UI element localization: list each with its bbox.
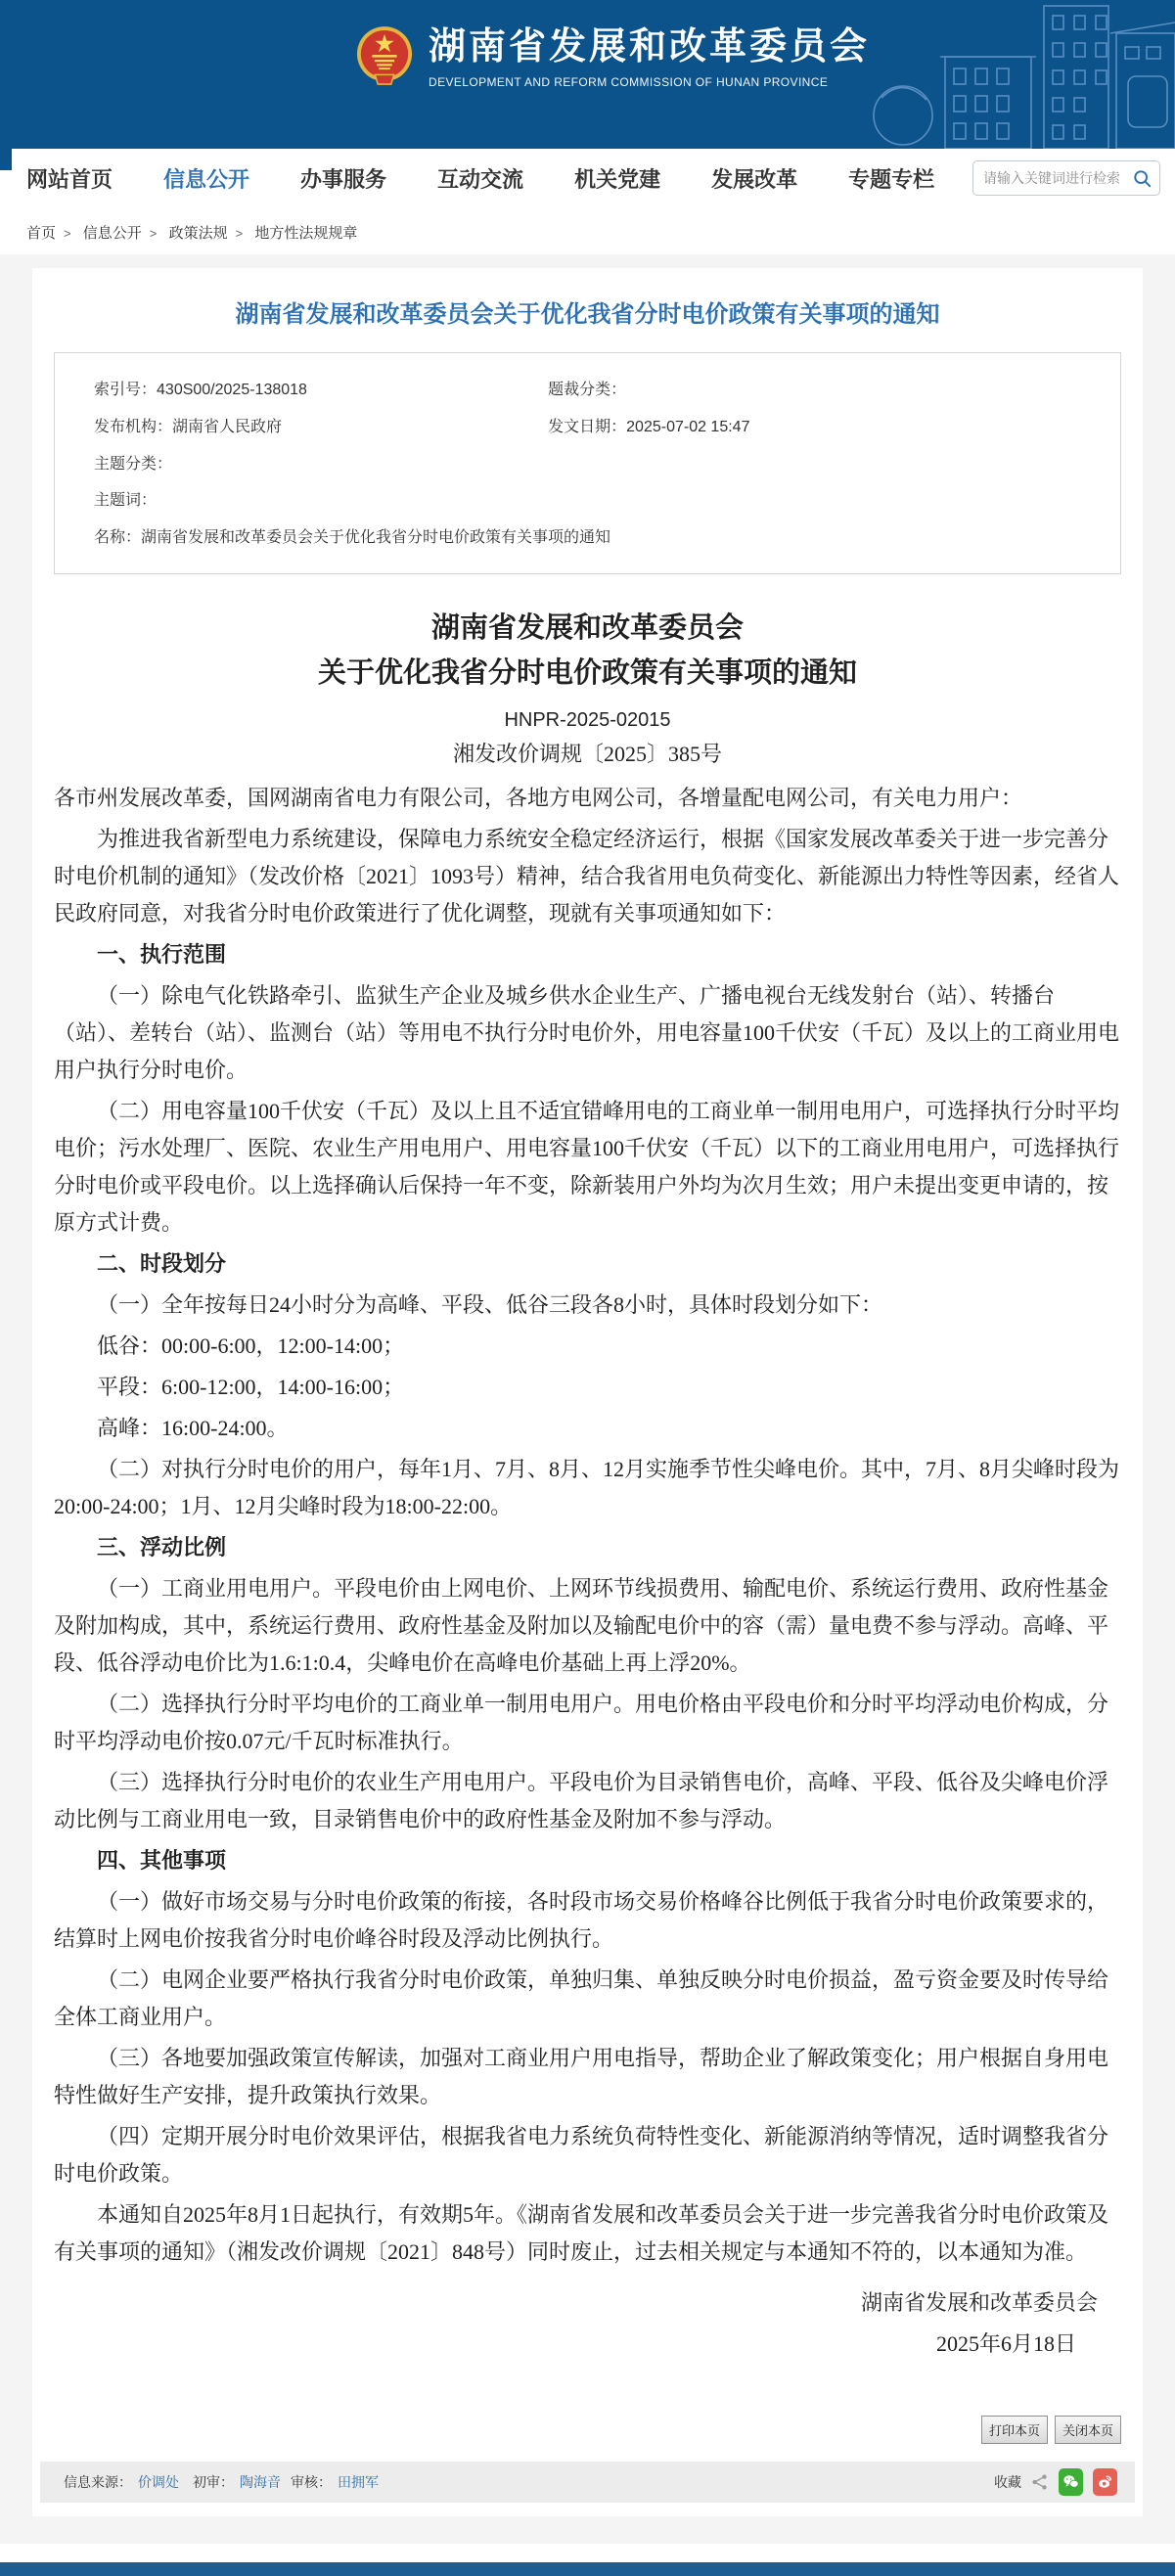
paragraph: 高峰：16:00-24:00。 [54,1410,1121,1447]
document-title-line1: 湖南省发展和改革委员会 [54,606,1121,651]
site-header: 湖南省发展和改革委员会 DEVELOPMENT AND REFORM COMMI… [0,0,1175,149]
paragraph: （一）全年按每日24小时分为高峰、平段、低谷三段各8小时，具体时段划分如下： [54,1287,1121,1324]
paragraph: 低谷：00:00-6:00，12:00-14:00； [54,1328,1121,1365]
paragraph: （二）对执行分时电价的用户，每年1月、7月、8月、12月实施季节性尖峰电价。其中… [54,1451,1121,1525]
nav-item[interactable]: 发展改革 [711,163,797,194]
signature-org: 湖南省发展和改革委员会 [54,2282,1121,2324]
nav-item[interactable]: 机关党建 [574,163,660,194]
source-label: 信息来源： [64,2472,132,2492]
paragraph: （二）电网企业要严格执行我省分时电价政策，单独归集、单独反映分时电价损益，盈亏资… [54,1962,1121,2036]
first-review-label: 初审： [193,2472,234,2492]
document-number: 湘发改价调规〔2025〕385号 [54,737,1121,772]
wechat-share-icon[interactable] [1059,2468,1083,2496]
site-title-en: DEVELOPMENT AND REFORM COMMISSION OF HUN… [429,75,870,89]
meta-value: 2025-07-02 15:47 [626,419,749,435]
document-meta-box: 索引号：430S00/2025-138018 题裁分类： 发布机构：湖南省人民政… [54,352,1121,574]
meta-value: 湖南省发展和改革委员会关于优化我省分时电价政策有关事项的通知 [141,529,610,546]
source-link[interactable]: 价调处 [138,2472,179,2492]
share-icon[interactable] [1031,2473,1049,2491]
paragraph: 各市州发展改革委，国网湖南省电力有限公司，各地方电网公司，各增量配电网公司，有关… [54,780,1121,817]
meta-field: 题裁分类： [548,373,1081,410]
breadcrumb-separator: > [236,226,244,241]
page-footer-bar [0,2562,1175,2576]
breadcrumb-item: 信息公开> [83,225,165,242]
search-input[interactable] [983,170,1133,186]
main-navigation: 网站首页 信息公开 办事服务 互动交流 机关党建 发展改革 专题专栏 [0,149,1175,207]
meta-grid: 索引号：430S00/2025-138018 题裁分类： 发布机构：湖南省人民政… [94,373,1081,558]
paragraph: 为推进我省新型电力系统建设，保障电力系统安全稳定经济运行，根据《国家发展改革委关… [54,821,1121,932]
meta-field: 名称：湖南省发展和改革委员会关于优化我省分时电价政策有关事项的通知 [94,520,1081,558]
paragraph: 平段：6:00-12:00，14:00-16:00； [54,1369,1121,1406]
nav-item[interactable]: 信息公开 [163,163,249,194]
first-review-link[interactable]: 陶海音 [240,2472,281,2492]
source-info: 信息来源：价调处 初审：陶海音 审核：田拥军 [64,2472,379,2492]
search-icon[interactable] [1133,169,1152,188]
meta-value: 湖南省人民政府 [172,419,282,435]
paragraph: （四）定期开展分时电价效果评估，根据我省电力系统负荷特性变化、新能源消纳等情况，… [54,2118,1121,2192]
paragraph: （一）工商业用电用户。平段电价由上网电价、上网环节线损费用、输配电价、系统运行费… [54,1570,1121,1682]
close-page-button[interactable]: 关闭本页 [1055,2416,1121,2444]
breadcrumb-link[interactable]: 政策法规 [169,225,228,242]
meta-field: 发布机构：湖南省人民政府 [94,410,548,447]
document-code: HNPR-2025-02015 [54,705,1121,735]
nav-item[interactable]: 网站首页 [26,163,113,194]
meta-label: 主题词： [94,492,157,509]
national-emblem-icon [356,25,413,90]
building-illustration [852,0,1175,149]
meta-field: 索引号：430S00/2025-138018 [94,373,548,410]
share-tools: 收藏 [994,2468,1117,2496]
meta-label: 发布机构： [94,419,172,435]
favorite-button[interactable]: 收藏 [994,2472,1021,2492]
meta-label: 发文日期： [548,419,626,435]
breadcrumb-link[interactable]: 信息公开 [83,225,142,242]
meta-field: 主题词： [94,483,1081,520]
site-brand: 湖南省发展和改革委员会 DEVELOPMENT AND REFORM COMMI… [356,25,870,90]
print-page-button[interactable]: 打印本页 [981,2416,1048,2444]
signature-date: 2025年6月18日 [54,2324,1121,2365]
nav-item[interactable]: 专题专栏 [848,163,934,194]
page-buttons: 打印本页 关闭本页 [54,2416,1121,2444]
edge-decoration [0,149,12,170]
review-link[interactable]: 田拥军 [338,2472,379,2492]
meta-value: 430S00/2025-138018 [157,382,307,398]
document: 湖南省发展和改革委员会 关于优化我省分时电价政策有关事项的通知 HNPR-202… [54,606,1121,2365]
paragraph: （一）做好市场交易与分时电价政策的衔接，各时段市场交易价格峰谷比例低于我省分时电… [54,1883,1121,1958]
paragraph: 四、其他事项 [54,1842,1121,1879]
meta-label: 题裁分类： [548,382,626,398]
paragraph: 本通知自2025年8月1日起执行，有效期5年。《湖南省发展和改革委员会关于进一步… [54,2196,1121,2271]
meta-field: 主题分类： [94,447,1081,484]
bottom-spacer [0,2544,1175,2562]
paragraph: 二、时段划分 [54,1245,1121,1283]
weibo-share-icon[interactable] [1093,2468,1117,2496]
breadcrumb-separator: > [64,226,71,241]
paragraph: 一、执行范围 [54,936,1121,973]
nav-item[interactable]: 互动交流 [437,163,523,194]
site-title: 湖南省发展和改革委员会 [429,26,870,69]
paragraph: 三、浮动比例 [54,1529,1121,1566]
breadcrumb-item: 政策法规> [169,225,251,242]
breadcrumb-item: 首页> [26,225,79,242]
article-card: 湖南省发展和改革委员会关于优化我省分时电价政策有关事项的通知 索引号：430S0… [32,268,1143,2516]
search-box [972,160,1160,196]
meta-label: 索引号： [94,382,157,398]
signature-block: 湖南省发展和改革委员会 2025年6月18日 [54,2282,1121,2365]
paragraph: （三）各地要加强政策宣传解读，加强对工商业用户用电指导，帮助企业了解政策变化；用… [54,2040,1121,2114]
review-label: 审核： [291,2472,332,2492]
page-title: 湖南省发展和改革委员会关于优化我省分时电价政策有关事项的通知 [54,297,1121,333]
document-title-line2: 关于优化我省分时电价政策有关事项的通知 [54,651,1121,696]
paragraph: （一）除电气化铁路牵引、监狱生产企业及城乡供水企业生产、广播电视台无线发射台（站… [54,977,1121,1089]
page-background: 湖南省发展和改革委员会关于优化我省分时电价政策有关事项的通知 索引号：430S0… [0,254,1175,2544]
nav-item[interactable]: 办事服务 [300,163,386,194]
paragraph: （二）选择执行分时平均电价的工商业单一制用电用户。用电价格由平段电价和分时平均浮… [54,1686,1121,1760]
breadcrumb-link[interactable]: 首页 [26,225,56,242]
meta-label: 主题分类： [94,456,172,473]
paragraph: （二）用电容量100千伏安（千瓦）及以上且不适宜错峰用电的工商业单一制用电用户，… [54,1093,1121,1242]
breadcrumb-separator: > [150,226,158,241]
document-body: 各市州发展改革委，国网湖南省电力有限公司，各地方电网公司，各增量配电网公司，有关… [54,780,1121,2271]
meta-label: 名称： [94,529,141,546]
paragraph: （三）选择执行分时电价的农业生产用电用户。平段电价为目录销售电价，高峰、平段、低… [54,1764,1121,1838]
source-bar: 信息来源：价调处 初审：陶海音 审核：田拥军 收藏 [40,2462,1135,2503]
breadcrumb-link[interactable]: 地方性法规规章 [254,225,357,242]
nav-items: 网站首页 信息公开 办事服务 互动交流 机关党建 发展改革 专题专栏 [26,163,934,194]
meta-field: 发文日期：2025-07-02 15:47 [548,410,1081,447]
breadcrumb: 首页> 信息公开> 政策法规> 地方性法规规章> [0,207,1175,254]
breadcrumb-item: 地方性法规规章> [254,225,357,242]
